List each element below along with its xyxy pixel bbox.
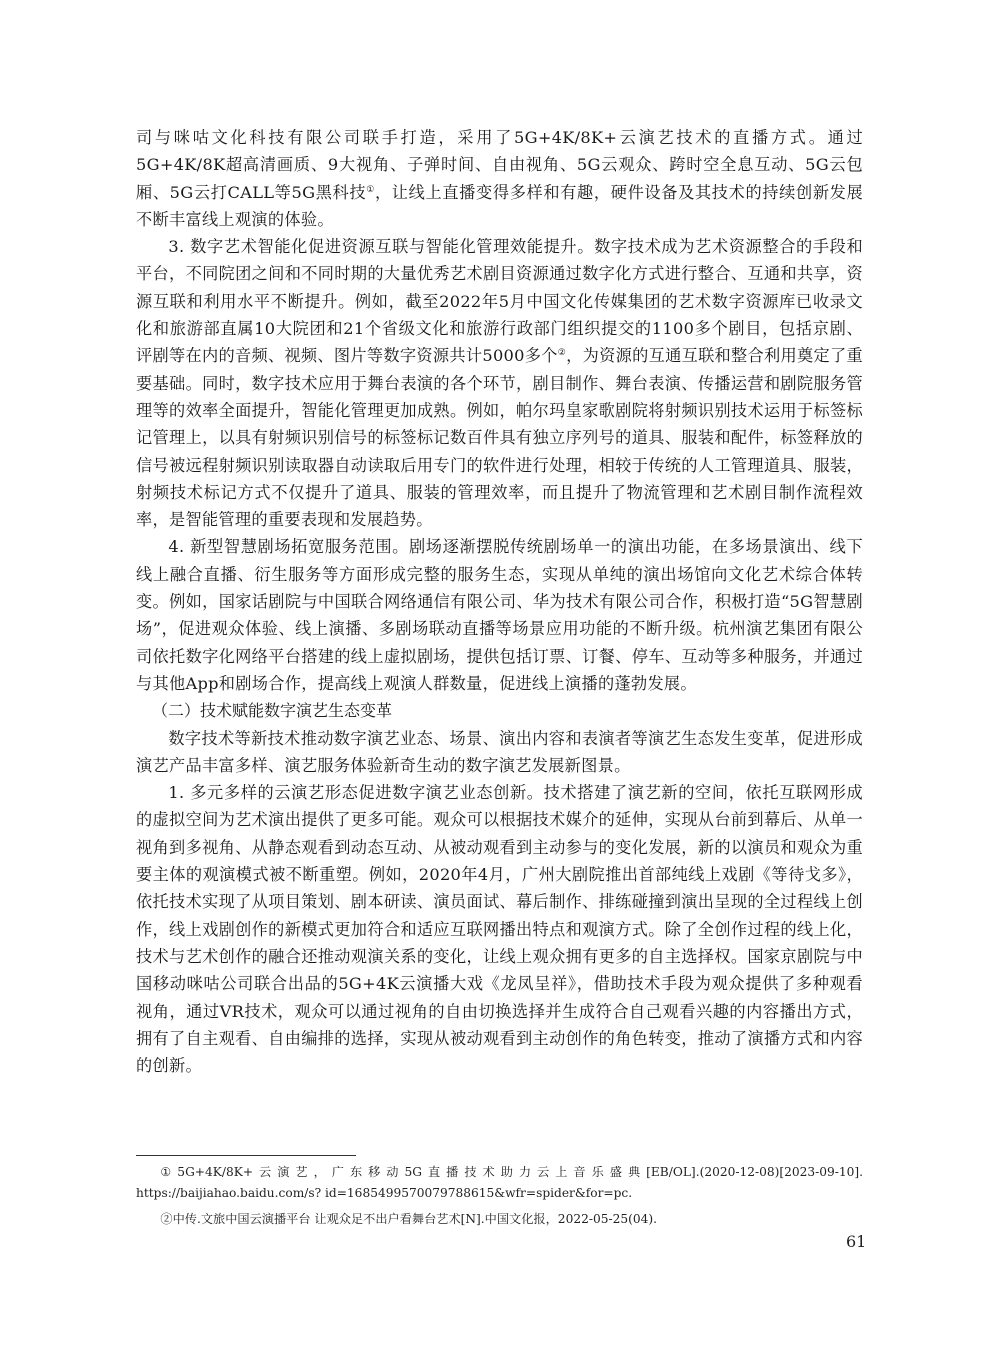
footnote-2: ②中传.文旅中国云演播平台 让观众足不出户看舞台艺术[N].中国文化报，2022… (136, 1209, 863, 1230)
paragraph: 1. 多元多样的云演艺形态促进数字演艺业态创新。技术搭建了演艺新的空间，依托互联… (136, 779, 863, 1079)
footnote-ref-1[interactable]: ① (366, 185, 375, 195)
section-heading: （二）技术赋能数字演艺生态变革 (136, 697, 863, 724)
paragraph: 3. 数字艺术智能化促进资源互联与智能化管理效能提升。数字技术成为艺术资源整合的… (136, 233, 863, 533)
paragraph: 数字技术等新技术推动数字演艺业态、场景、演出内容和表演者等演艺生态发生变革，促进… (136, 725, 863, 780)
page-number: 61 (846, 1232, 866, 1251)
page-body: 司与咪咕文化科技有限公司联手打造，采用了5G+4K/8K+云演艺技术的直播方式。… (136, 124, 863, 1079)
paragraph: 4. 新型智慧剧场拓宽服务范围。剧场逐渐摆脱传统剧场单一的演出功能，在多场景演出… (136, 533, 863, 697)
footnote-ref-2[interactable]: ② (558, 348, 566, 358)
paragraph: 司与咪咕文化科技有限公司联手打造，采用了5G+4K/8K+云演艺技术的直播方式。… (136, 124, 863, 233)
footnotes: ①5G+4K/8K+云演艺，广东移动5G直播技术助力云上音乐盛典[EB/OL].… (136, 1162, 863, 1235)
footnote-divider (136, 1155, 356, 1156)
footnote-1: ①5G+4K/8K+云演艺，广东移动5G直播技术助力云上音乐盛典[EB/OL].… (136, 1162, 863, 1204)
paragraph-text: ，为资源的互通互联和整合利用奠定了重要基础。同时，数字技术应用于舞台表演的各个环… (136, 346, 863, 529)
paragraph-text: 4. 新型智慧剧场拓宽服务范围。剧场逐渐摆脱传统剧场单一的演出功能，在多场景演出… (136, 537, 863, 692)
